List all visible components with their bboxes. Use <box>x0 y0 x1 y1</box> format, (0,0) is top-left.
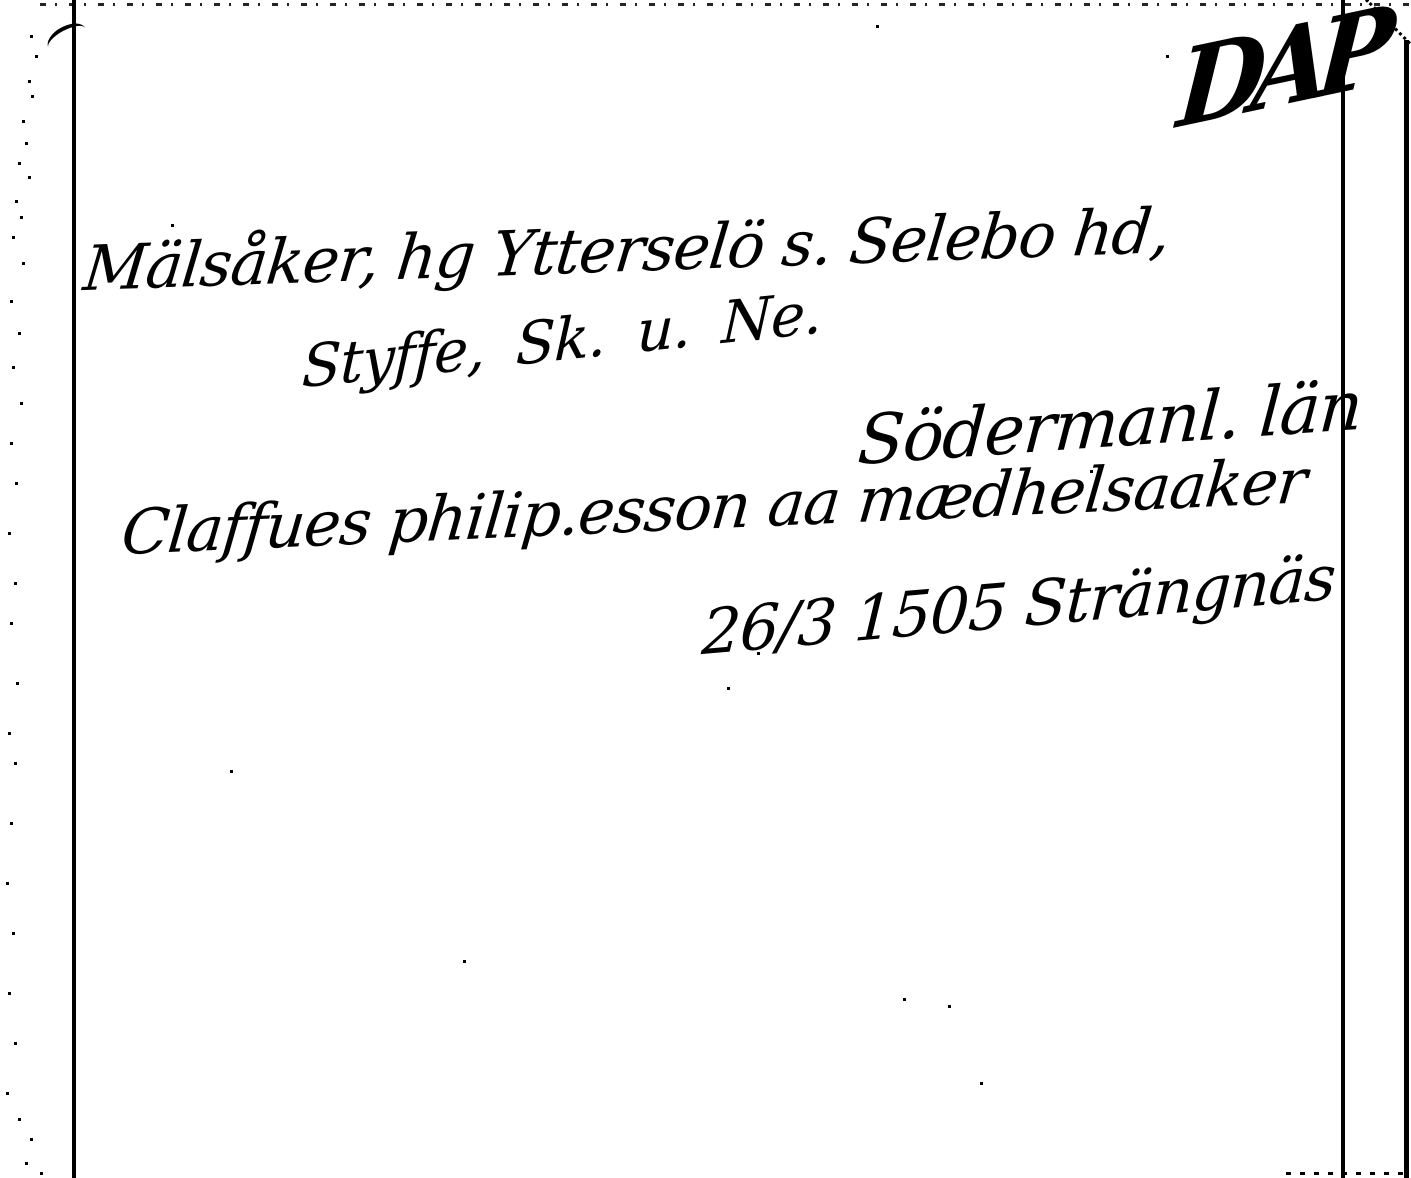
right-inner-rule-line <box>1341 0 1345 1178</box>
bottom-edge-dotted-line <box>1286 1172 1411 1175</box>
handwriting-line-place: Mälsåker, hg Ytterselö s. Selebo hd, <box>81 200 1173 300</box>
top-edge-dotted-line <box>40 3 1411 6</box>
scanned-archive-card: DAP Mälsåker, hg Ytterselö s. Selebo hd,… <box>0 0 1411 1178</box>
left-margin-rule-line <box>72 0 76 1178</box>
scan-noise-specks <box>0 0 3 3</box>
right-outer-rule-line <box>1404 40 1409 1178</box>
handwritten-monogram: DAP <box>1174 0 1384 144</box>
handwriting-line-source-reference: Styffe, Sk. u. Ne. <box>301 283 822 396</box>
scan-noise-squiggle <box>43 18 91 59</box>
handwriting-line-date-place: 26/3 1505 Strängnäs <box>700 546 1336 664</box>
handwriting-line-person: Claffues philip.esson aa mædhelsaaker <box>119 450 1309 564</box>
